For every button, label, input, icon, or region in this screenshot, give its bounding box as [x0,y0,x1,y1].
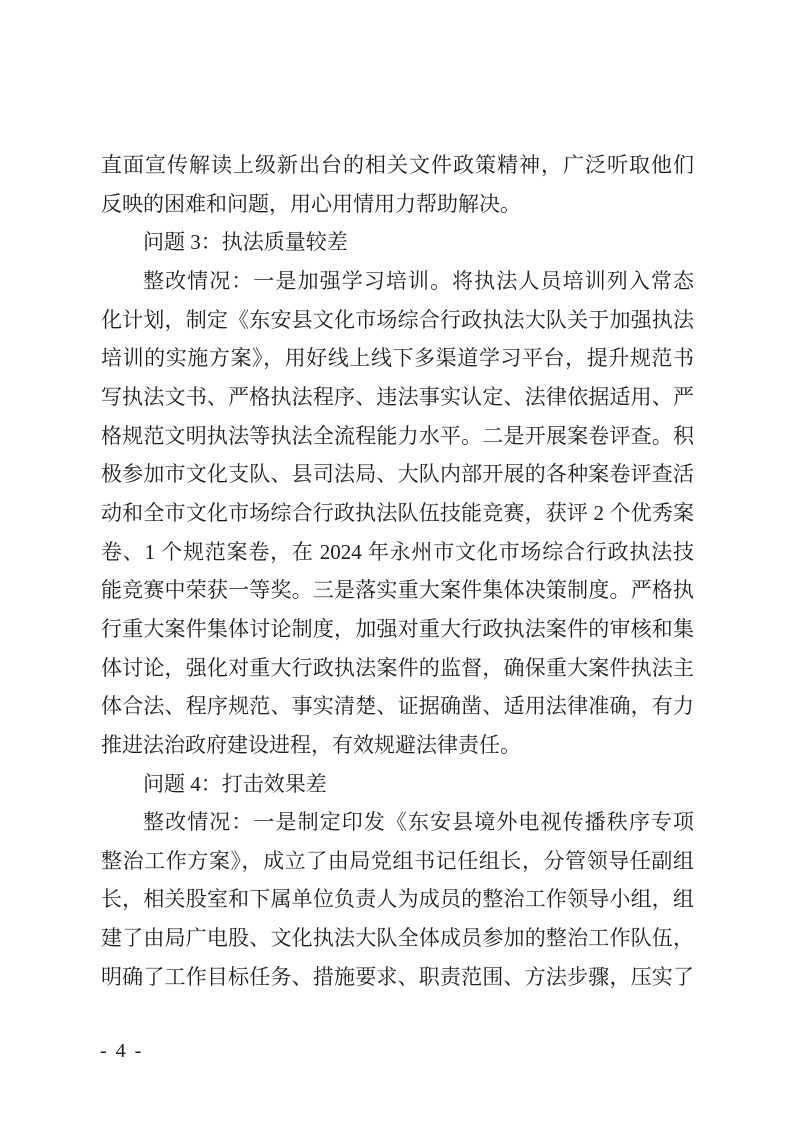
body-text-line: 动和全市文化市场综合行政执法队伍技能竞赛，获评 2 个优秀案 [101,494,694,533]
problem-heading-line: 问题 3：执法质量较差 [101,223,694,262]
problem-heading-line: 问题 4：打击效果差 [101,765,694,804]
body-text-line: 直面宣传解读上级新出台的相关文件政策精神，广泛听取他们 [101,146,694,185]
body-text-line: 推进法治政府建设进程，有效规避法律责任。 [101,726,694,765]
body-text-line: 极参加市文化支队、县司法局、大队内部开展的各种案卷评查活 [101,455,694,494]
body-text-line: 建了由局广电股、文化执法大队全体成员参加的整治工作队伍， [101,919,694,958]
body-text-line: 写执法文书、严格执法程序、违法事实认定、法律依据适用、严 [101,378,694,417]
document-body: 直面宣传解读上级新出台的相关文件政策精神，广泛听取他们 反映的困难和问题，用心用… [101,146,694,996]
body-text-line: 卷、1 个规范案卷，在 2024 年永州市文化市场综合行政执法技 [101,533,694,572]
body-text-line: 长，相关股室和下属单位负责人为成员的整治工作领导小组，组 [101,880,694,919]
body-text-line: 整改情况：一是制定印发《东安县境外电视传播秩序专项 [101,803,694,842]
body-text-line: 化计划，制定《东安县文化市场综合行政执法大队关于加强执法 [101,301,694,340]
body-text-line: 反映的困难和问题，用心用情用力帮助解决。 [101,185,694,224]
body-text-line: 明确了工作目标任务、措施要求、职责范围、方法步骤，压实了 [101,958,694,997]
body-text-line: 整治工作方案》，成立了由局党组书记任组长，分管领导任副组 [101,842,694,881]
body-text-line: 体讨论，强化对重大行政执法案件的监督，确保重大案件执法主 [101,649,694,688]
body-text-line: 能竞赛中荣获一等奖。三是落实重大案件集体决策制度。严格执 [101,571,694,610]
body-text-line: 行重大案件集体讨论制度，加强对重大行政执法案件的审核和集 [101,610,694,649]
body-text-line: 整改情况：一是加强学习培训。将执法人员培训列入常态 [101,262,694,301]
body-text-line: 格规范文明执法等执法全流程能力水平。二是开展案卷评查。积 [101,417,694,456]
body-text-line: 培训的实施方案》，用好线上线下多渠道学习平台，提升规范书 [101,339,694,378]
document-page: 直面宣传解读上级新出台的相关文件政策精神，广泛听取他们 反映的困难和问题，用心用… [0,0,793,1122]
body-text-line: 体合法、程序规范、事实清楚、证据确凿、适用法律准确，有力 [101,687,694,726]
page-number: - 4 - [100,1039,143,1063]
